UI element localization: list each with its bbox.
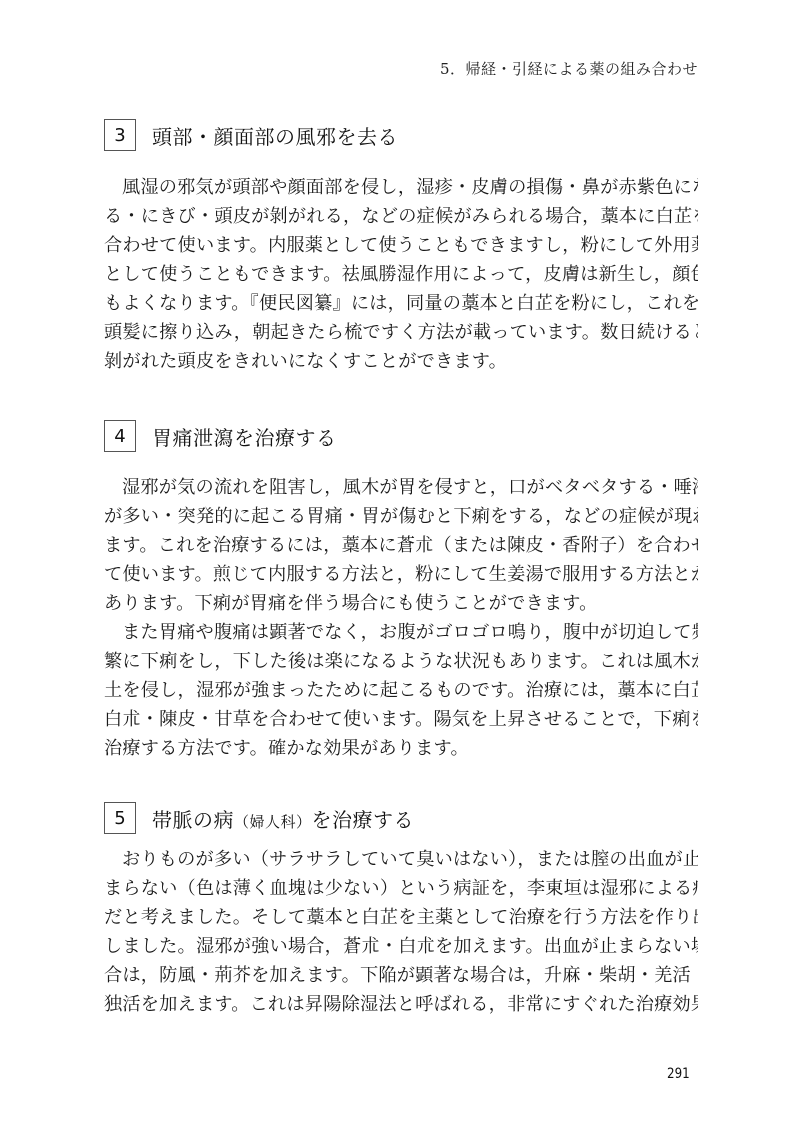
body-line: 合わせて使います。内服薬として使うこともできますし，粉にして外用薬 bbox=[104, 231, 698, 260]
body-line: 合は，防風・荊芥を加えます。下陥が顕著な場合は，升麻・柴胡・羌活・ bbox=[104, 961, 698, 990]
section-3-body: 風湿の邪気が頭部や顔面部を侵し，湿疹・皮膚の損傷・鼻が赤紫色にな る・にきび・頭… bbox=[104, 173, 698, 376]
body-line: 風湿の邪気が頭部や顔面部を侵し，湿疹・皮膚の損傷・鼻が赤紫色にな bbox=[104, 173, 698, 202]
body-line: しました。湿邪が強い場合，蒼朮・白朮を加えます。出血が止まらない場 bbox=[104, 932, 698, 961]
section-title-tail: を治療する bbox=[312, 808, 415, 832]
section-4-body: 湿邪が気の流れを阻害し，風木が胃を侵すと，口がベタベタする・唾液 が多い・突発的… bbox=[104, 473, 698, 763]
body-line: る・にきび・頭皮が剝がれる，などの症候がみられる場合，藁本に白芷を bbox=[104, 202, 698, 231]
running-header: 5．帰経・引経による薬の組み合わせ bbox=[440, 58, 698, 79]
section-5-body: おりものが多い（サラサラしていて臭いはない），または膣の出血が止 まらない（色は… bbox=[104, 845, 698, 1019]
body-line: が多い・突発的に起こる胃痛・胃が傷むと下痢をする，などの症候が現れ bbox=[104, 502, 698, 531]
body-line: 頭髪に擦り込み，朝起きたら梳ですく方法が載っています。数日続けると， bbox=[104, 318, 698, 347]
body-line: まらない（色は薄く血塊は少ない）という病証を，李東垣は湿邪による病 bbox=[104, 874, 698, 903]
body-line: 湿邪が気の流れを阻害し，風木が胃を侵すと，口がベタベタする・唾液 bbox=[104, 473, 698, 502]
section-title: 頭部・顔面部の風邪を去る bbox=[152, 121, 398, 150]
body-line: おりものが多い（サラサラしていて臭いはない），または膣の出血が止 bbox=[104, 845, 698, 874]
section-heading-3: 3 頭部・顔面部の風邪を去る bbox=[104, 118, 398, 152]
section-heading-4: 4 胃痛泄瀉を治療する bbox=[104, 419, 337, 453]
body-line: あります。下痢が胃痛を伴う場合にも使うことができます。 bbox=[104, 589, 698, 618]
section-number-box: 5 bbox=[104, 802, 136, 834]
section-title: 胃痛泄瀉を治療する bbox=[152, 422, 337, 451]
section-heading-5: 5 帯脈の病（婦人科）を治療する bbox=[104, 801, 414, 835]
section-number-box: 3 bbox=[104, 119, 136, 151]
page-number: 291 bbox=[667, 1066, 690, 1082]
body-line: ます。これを治療するには，藁本に蒼朮（または陳皮・香附子）を合わせ bbox=[104, 531, 698, 560]
body-line: 独活を加えます。これは昇陽除湿法と呼ばれる，非常にすぐれた治療効果 bbox=[104, 990, 698, 1019]
section-number-box: 4 bbox=[104, 420, 136, 452]
body-line: として使うこともできます。祛風勝湿作用によって，皮膚は新生し，顔色 bbox=[104, 260, 698, 289]
section-title-paren: （婦人科） bbox=[234, 813, 312, 831]
body-line: 繁に下痢をし，下した後は楽になるような状況もあります。これは風木が bbox=[104, 647, 698, 676]
body-line: もよくなります。『便民図纂』には，同量の藁本と白芷を粉にし，これを夜 bbox=[104, 289, 698, 318]
section-title-main: 帯脈の病 bbox=[152, 808, 234, 832]
body-line: また胃痛や腹痛は顕著でなく，お腹がゴロゴロ鳴り，腹中が切迫して頻 bbox=[104, 618, 698, 647]
body-line: 土を侵し，湿邪が強まったために起こるものです。治療には，藁本に白芷・ bbox=[104, 676, 698, 705]
body-line: 剝がれた頭皮をきれいになくすことができます。 bbox=[104, 347, 698, 376]
body-line: て使います。煎じて内服する方法と，粉にして生姜湯で服用する方法とが bbox=[104, 560, 698, 589]
section-title: 帯脈の病（婦人科）を治療する bbox=[152, 804, 414, 833]
body-line: 白朮・陳皮・甘草を合わせて使います。陽気を上昇させることで，下痢を bbox=[104, 705, 698, 734]
body-line: だと考えました。そして藁本と白芷を主薬として治療を行う方法を作り出 bbox=[104, 903, 698, 932]
body-line: 治療する方法です。確かな効果があります。 bbox=[104, 734, 698, 763]
